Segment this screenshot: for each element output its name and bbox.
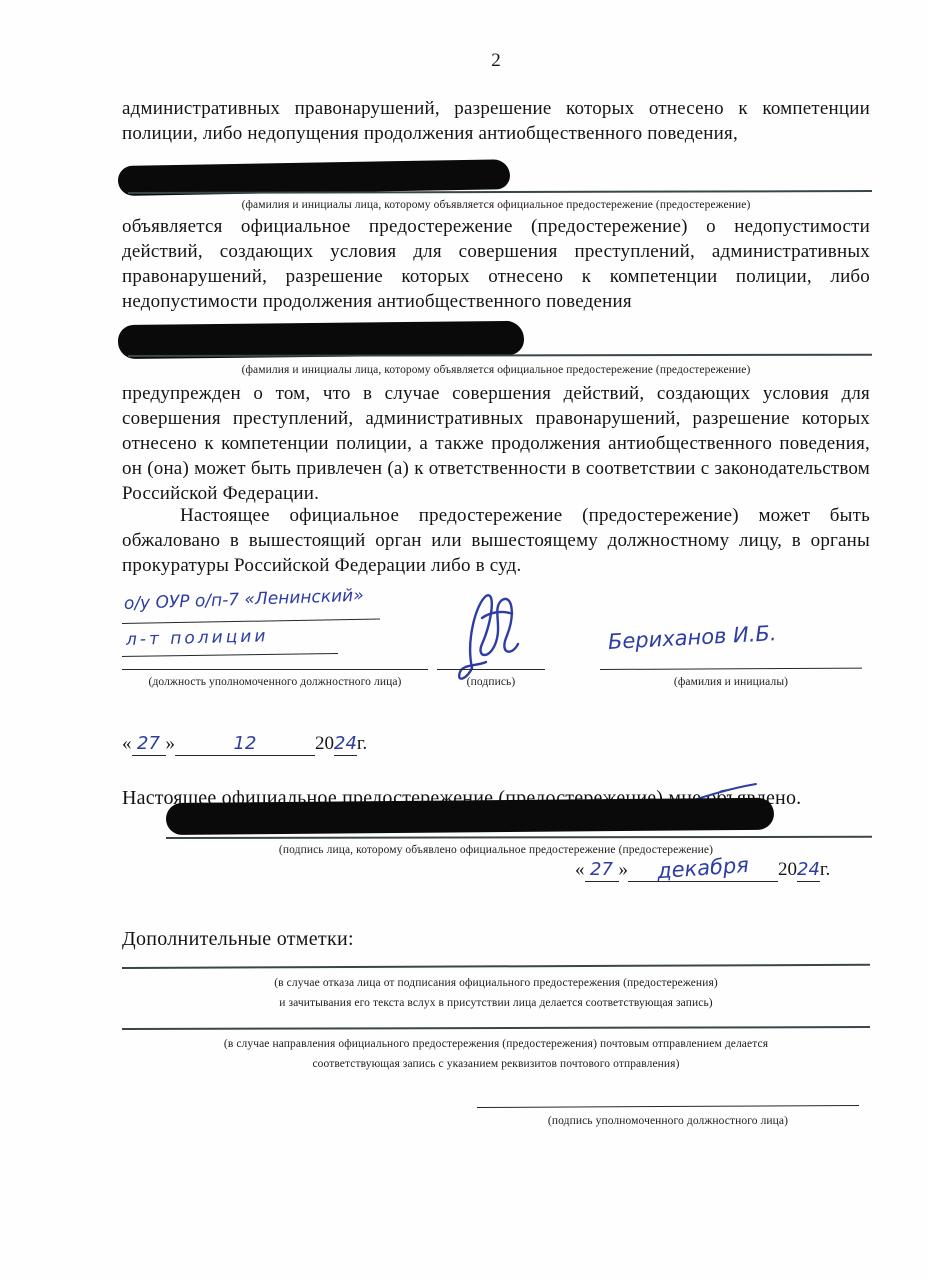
refusal-note-caption-2: и зачитывания его текста вслух в присутс… bbox=[122, 996, 870, 1010]
handwritten-day-1: 27 bbox=[137, 733, 160, 754]
name-caption-1: (фамилия и инициалы лица, которому объяв… bbox=[122, 198, 870, 212]
announced-signature-line bbox=[166, 836, 872, 839]
mail-note-caption-2: соответствующая запись с указанием рекви… bbox=[122, 1057, 870, 1071]
handwritten-month-1: 12 bbox=[234, 733, 257, 754]
surname-line bbox=[600, 668, 862, 670]
year-prefix-2: 20 bbox=[778, 859, 797, 880]
handwritten-underline-1 bbox=[122, 618, 380, 624]
name-line-2 bbox=[128, 354, 872, 357]
quote-open-2: « bbox=[575, 859, 585, 880]
quote-close: » bbox=[166, 733, 176, 754]
date-line-official: «27»122024г. bbox=[122, 733, 367, 756]
year-suffix-2: г. bbox=[820, 859, 830, 880]
bottom-signature-caption: (подпись уполномоченного должностного ли… bbox=[477, 1114, 859, 1128]
mail-note-caption-1: (в случае направления официального предо… bbox=[122, 1037, 870, 1051]
redaction-bar-signature bbox=[166, 798, 774, 835]
signature-caption: (подпись) bbox=[437, 675, 545, 689]
paragraph-appeal-rights: Настоящее официальное предостережение (п… bbox=[122, 503, 870, 578]
handwritten-year-2: 24 bbox=[797, 859, 820, 880]
position-caption: (должность уполномоченного должностного … bbox=[122, 675, 428, 689]
refusal-note-caption-1: (в случае отказа лица от подписания офиц… bbox=[122, 976, 870, 990]
quote-open: « bbox=[122, 733, 132, 754]
page-number: 2 bbox=[122, 50, 870, 72]
refusal-note-line bbox=[122, 964, 870, 969]
surname-caption: (фамилия и инициалы) bbox=[600, 675, 862, 689]
position-line bbox=[122, 669, 428, 670]
year-suffix-1: г. bbox=[357, 733, 367, 754]
handwritten-day-2: 27 bbox=[590, 859, 613, 880]
paragraph-warned-about: предупрежден о том, что в случае соверше… bbox=[122, 381, 870, 506]
additional-marks-heading: Дополнительные отметки: bbox=[122, 928, 354, 951]
quote-close-2: » bbox=[619, 859, 629, 880]
handwritten-position-line2: л-т полиции bbox=[126, 626, 269, 650]
paragraph-admin-offenses: административных правонарушений, разреше… bbox=[122, 96, 870, 146]
signature-line bbox=[437, 669, 545, 670]
paragraph-warning-declared: объявляется официальное предостережение … bbox=[122, 214, 870, 314]
announced-signature-caption: (подпись лица, которому объявлено официа… bbox=[122, 843, 870, 857]
date-line-announced: «27»декабря2024г. bbox=[575, 856, 830, 882]
mail-note-line bbox=[122, 1026, 870, 1030]
handwritten-month-2: декабря bbox=[656, 853, 749, 883]
scanned-document-page: 2 административных правонарушений, разре… bbox=[0, 0, 929, 1280]
handwritten-surname: Бериханов И.Б. bbox=[607, 621, 777, 654]
handwritten-position-line1: о/у ОУР о/п-7 «Ленинский» bbox=[124, 586, 364, 614]
name-caption-2: (фамилия и инициалы лица, которому объяв… bbox=[122, 363, 870, 377]
handwritten-underline-2 bbox=[122, 653, 338, 657]
year-prefix-1: 20 bbox=[315, 733, 334, 754]
handwritten-year-1: 24 bbox=[334, 733, 357, 754]
redaction-bar-name-2 bbox=[118, 321, 524, 359]
bottom-signature-line bbox=[477, 1105, 859, 1108]
